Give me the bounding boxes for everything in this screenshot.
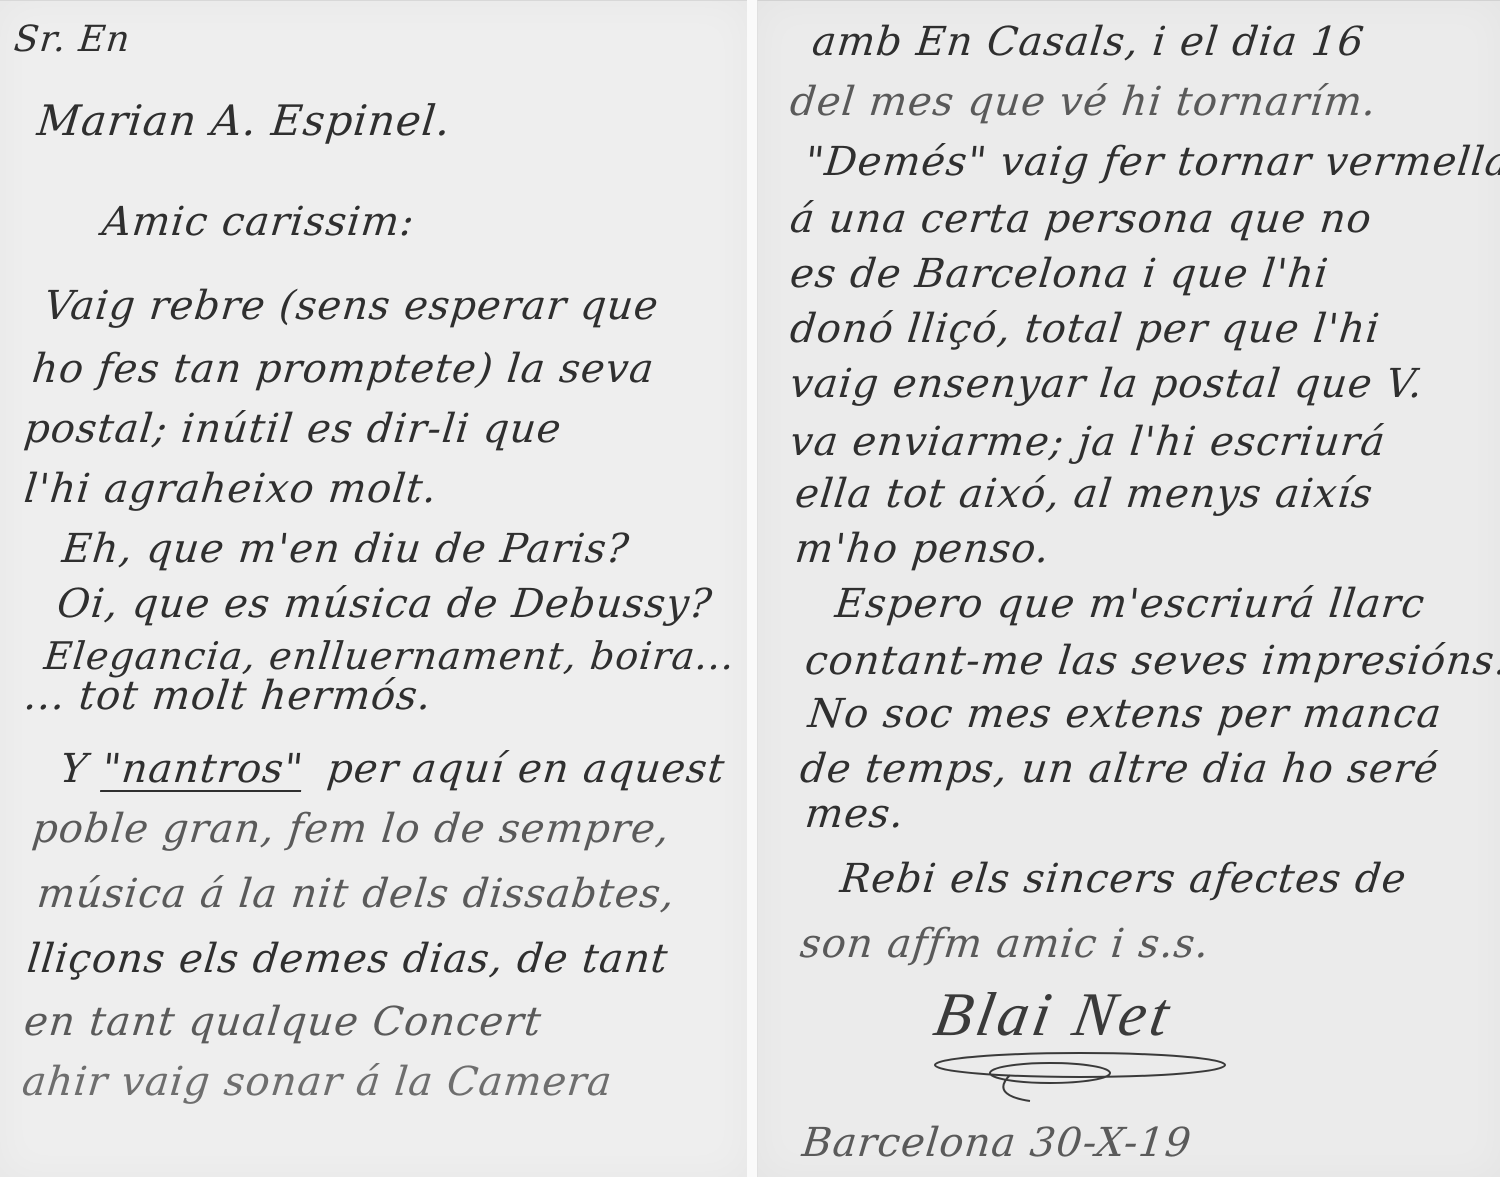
closing-line: son affm amic i s.s.: [798, 921, 1212, 967]
letter-line: es de Barcelona i que l'hi: [788, 251, 1331, 297]
letter-line: á una certa persona que no: [788, 196, 1374, 242]
letter-line: vaig ensenyar la postal que V.: [788, 361, 1425, 407]
letter-line: postal; inútil es dir-li que: [22, 406, 564, 452]
letter-line: l'hi agraheixo molt.: [22, 466, 439, 512]
letter-line: No soc mes extens per manca: [806, 691, 1444, 737]
letter-line: ... tot molt hermós.: [22, 673, 434, 719]
letter-line: música á la nit dels dissabtes,: [35, 871, 677, 917]
closing-line: Rebi els sincers afectes de: [838, 856, 1409, 902]
letter-line: amb En Casals, i el dia 16: [810, 19, 1367, 65]
letter-line: ho fes tan promptete) la seva: [30, 346, 657, 392]
letter-line: m'ho penso.: [793, 526, 1052, 572]
signature: Blai Net: [929, 980, 1178, 1051]
letter-line: Espero que m'escriurá llarc: [833, 581, 1427, 627]
letter-page-left: Sr. En Marian A. Espinel. Amic carissim:…: [0, 0, 748, 1177]
letter-line: mes.: [803, 791, 907, 837]
recipient-name: Marian A. Espinel.: [35, 96, 453, 145]
page-gutter: [747, 0, 757, 1177]
letter-line: va enviarme; ja l'hi escriurá: [788, 419, 1388, 465]
salutation-prefix: Sr. En: [12, 19, 133, 60]
letter-line: del mes que vé hi tornarím.: [788, 79, 1379, 125]
letter-line: poble gran, fem lo de sempre,: [30, 806, 672, 852]
letter-line: Oi, que es música de Debussy?: [55, 581, 715, 627]
letter-line: ahir vaig sonar á la Camera: [20, 1059, 615, 1105]
emphasized-word: "nantros": [100, 746, 306, 792]
letter-line: Vaig rebre (sens esperar que: [42, 283, 661, 329]
signature-flourish-icon: [930, 1045, 1270, 1105]
letter-line: donó lliçó, total per que l'hi: [788, 306, 1382, 352]
place-date: Barcelona 30-X-19: [800, 1120, 1194, 1166]
letter-line: per aquí en aquest: [325, 746, 727, 792]
letter-line: Y: [58, 746, 90, 792]
letter-line: en tant qualque Concert: [22, 999, 544, 1045]
letter-line: de temps, un altre dia ho seré: [798, 746, 1441, 792]
letter-line: Eh, que m'en diu de Paris?: [60, 526, 632, 572]
letter-line: Elegancia, enlluernament, boira...: [42, 634, 737, 678]
letter-line: "Demés" vaig fer tornar vermella: [803, 139, 1500, 185]
greeting: Amic carissim:: [100, 199, 417, 245]
letter-line: contant-me las seves impresións.: [803, 638, 1500, 684]
letter-line: ella tot aixó, al menys aixís: [793, 471, 1375, 517]
letter-line: lliçons els demes dias, de tant: [25, 936, 670, 982]
